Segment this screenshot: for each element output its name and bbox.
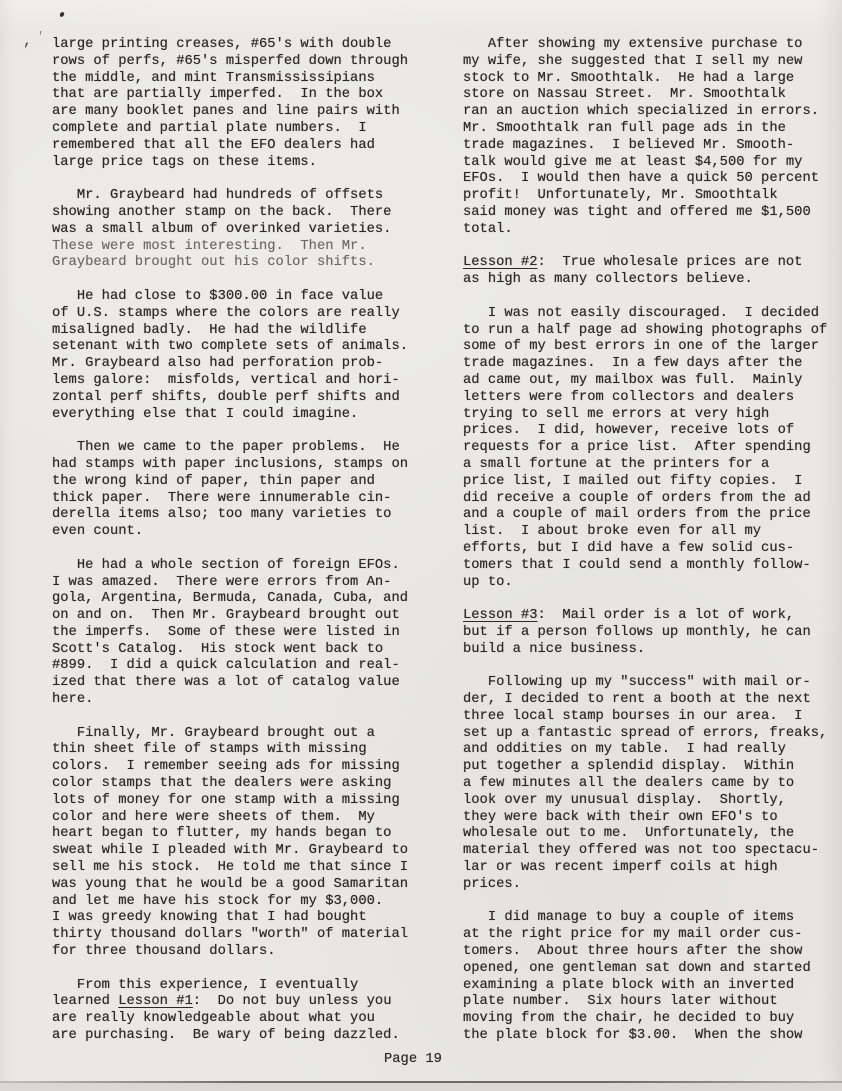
text-column-left: large printing creases, #65's with doubl… [52,37,424,1045]
paper-speck-dot [59,12,64,18]
text-segment: He had close to $300.00 in face value of… [52,289,408,422]
paragraph: Then we came to the paper problems. He h… [52,440,424,541]
text-segment: Following up my "success" with mail or- … [463,675,827,892]
paragraph: He had close to $300.00 in face value of… [52,289,424,423]
lesson-label: Lesson #1 [118,994,193,1009]
paragraph: After showing my extensive purchase to m… [463,37,831,239]
text-segment: I was not easily discouraged. I decided … [463,306,827,590]
text-segment: large printing creases, #65's with doubl… [52,37,408,170]
paragraph: I was not easily discouraged. I decided … [463,306,831,592]
text-segment: Finally, Mr. Graybeard brought out a thi… [52,726,408,959]
paragraph: He had a whole section of foreign EFOs. … [52,558,424,709]
lesson-label: Lesson #3 [463,608,538,623]
text-segment: I did manage to buy a couple of items at… [463,910,811,1043]
stray-tick-mark: ' [37,30,44,44]
paragraph: Lesson #2: True wholesale prices are not… [463,255,831,289]
text-column-right: After showing my extensive purchase to m… [463,37,831,1045]
text-segment: Then we came to the paper problems. He h… [52,440,408,539]
paragraph: Mr. Graybeard had hundreds of offsets sh… [52,188,424,272]
page-number: Page 19 [384,1052,442,1067]
paragraph: Lesson #3: Mail order is a lot of work, … [463,608,831,658]
stray-comma-mark: , [23,33,32,50]
text-segment: He had a whole section of foreign EFOs. … [52,558,408,707]
text-segment: These were most interesting. Then Mr. Gr… [52,239,375,271]
text-segment: After showing my extensive purchase to m… [463,37,819,237]
page-bottom-edge [0,1083,842,1091]
paragraph: large printing creases, #65's with doubl… [52,37,424,171]
paragraph: Finally, Mr. Graybeard brought out a thi… [52,726,424,961]
text-segment: Mr. Graybeard had hundreds of offsets sh… [52,188,391,237]
paragraph: I did manage to buy a couple of items at… [463,910,831,1044]
scanned-document-page: , ' large printing creases, #65's with d… [0,0,842,1091]
paragraph: Following up my "success" with mail or- … [463,675,831,893]
lesson-label: Lesson #2 [463,255,538,270]
paragraph: From this experience, I eventually learn… [52,978,424,1045]
